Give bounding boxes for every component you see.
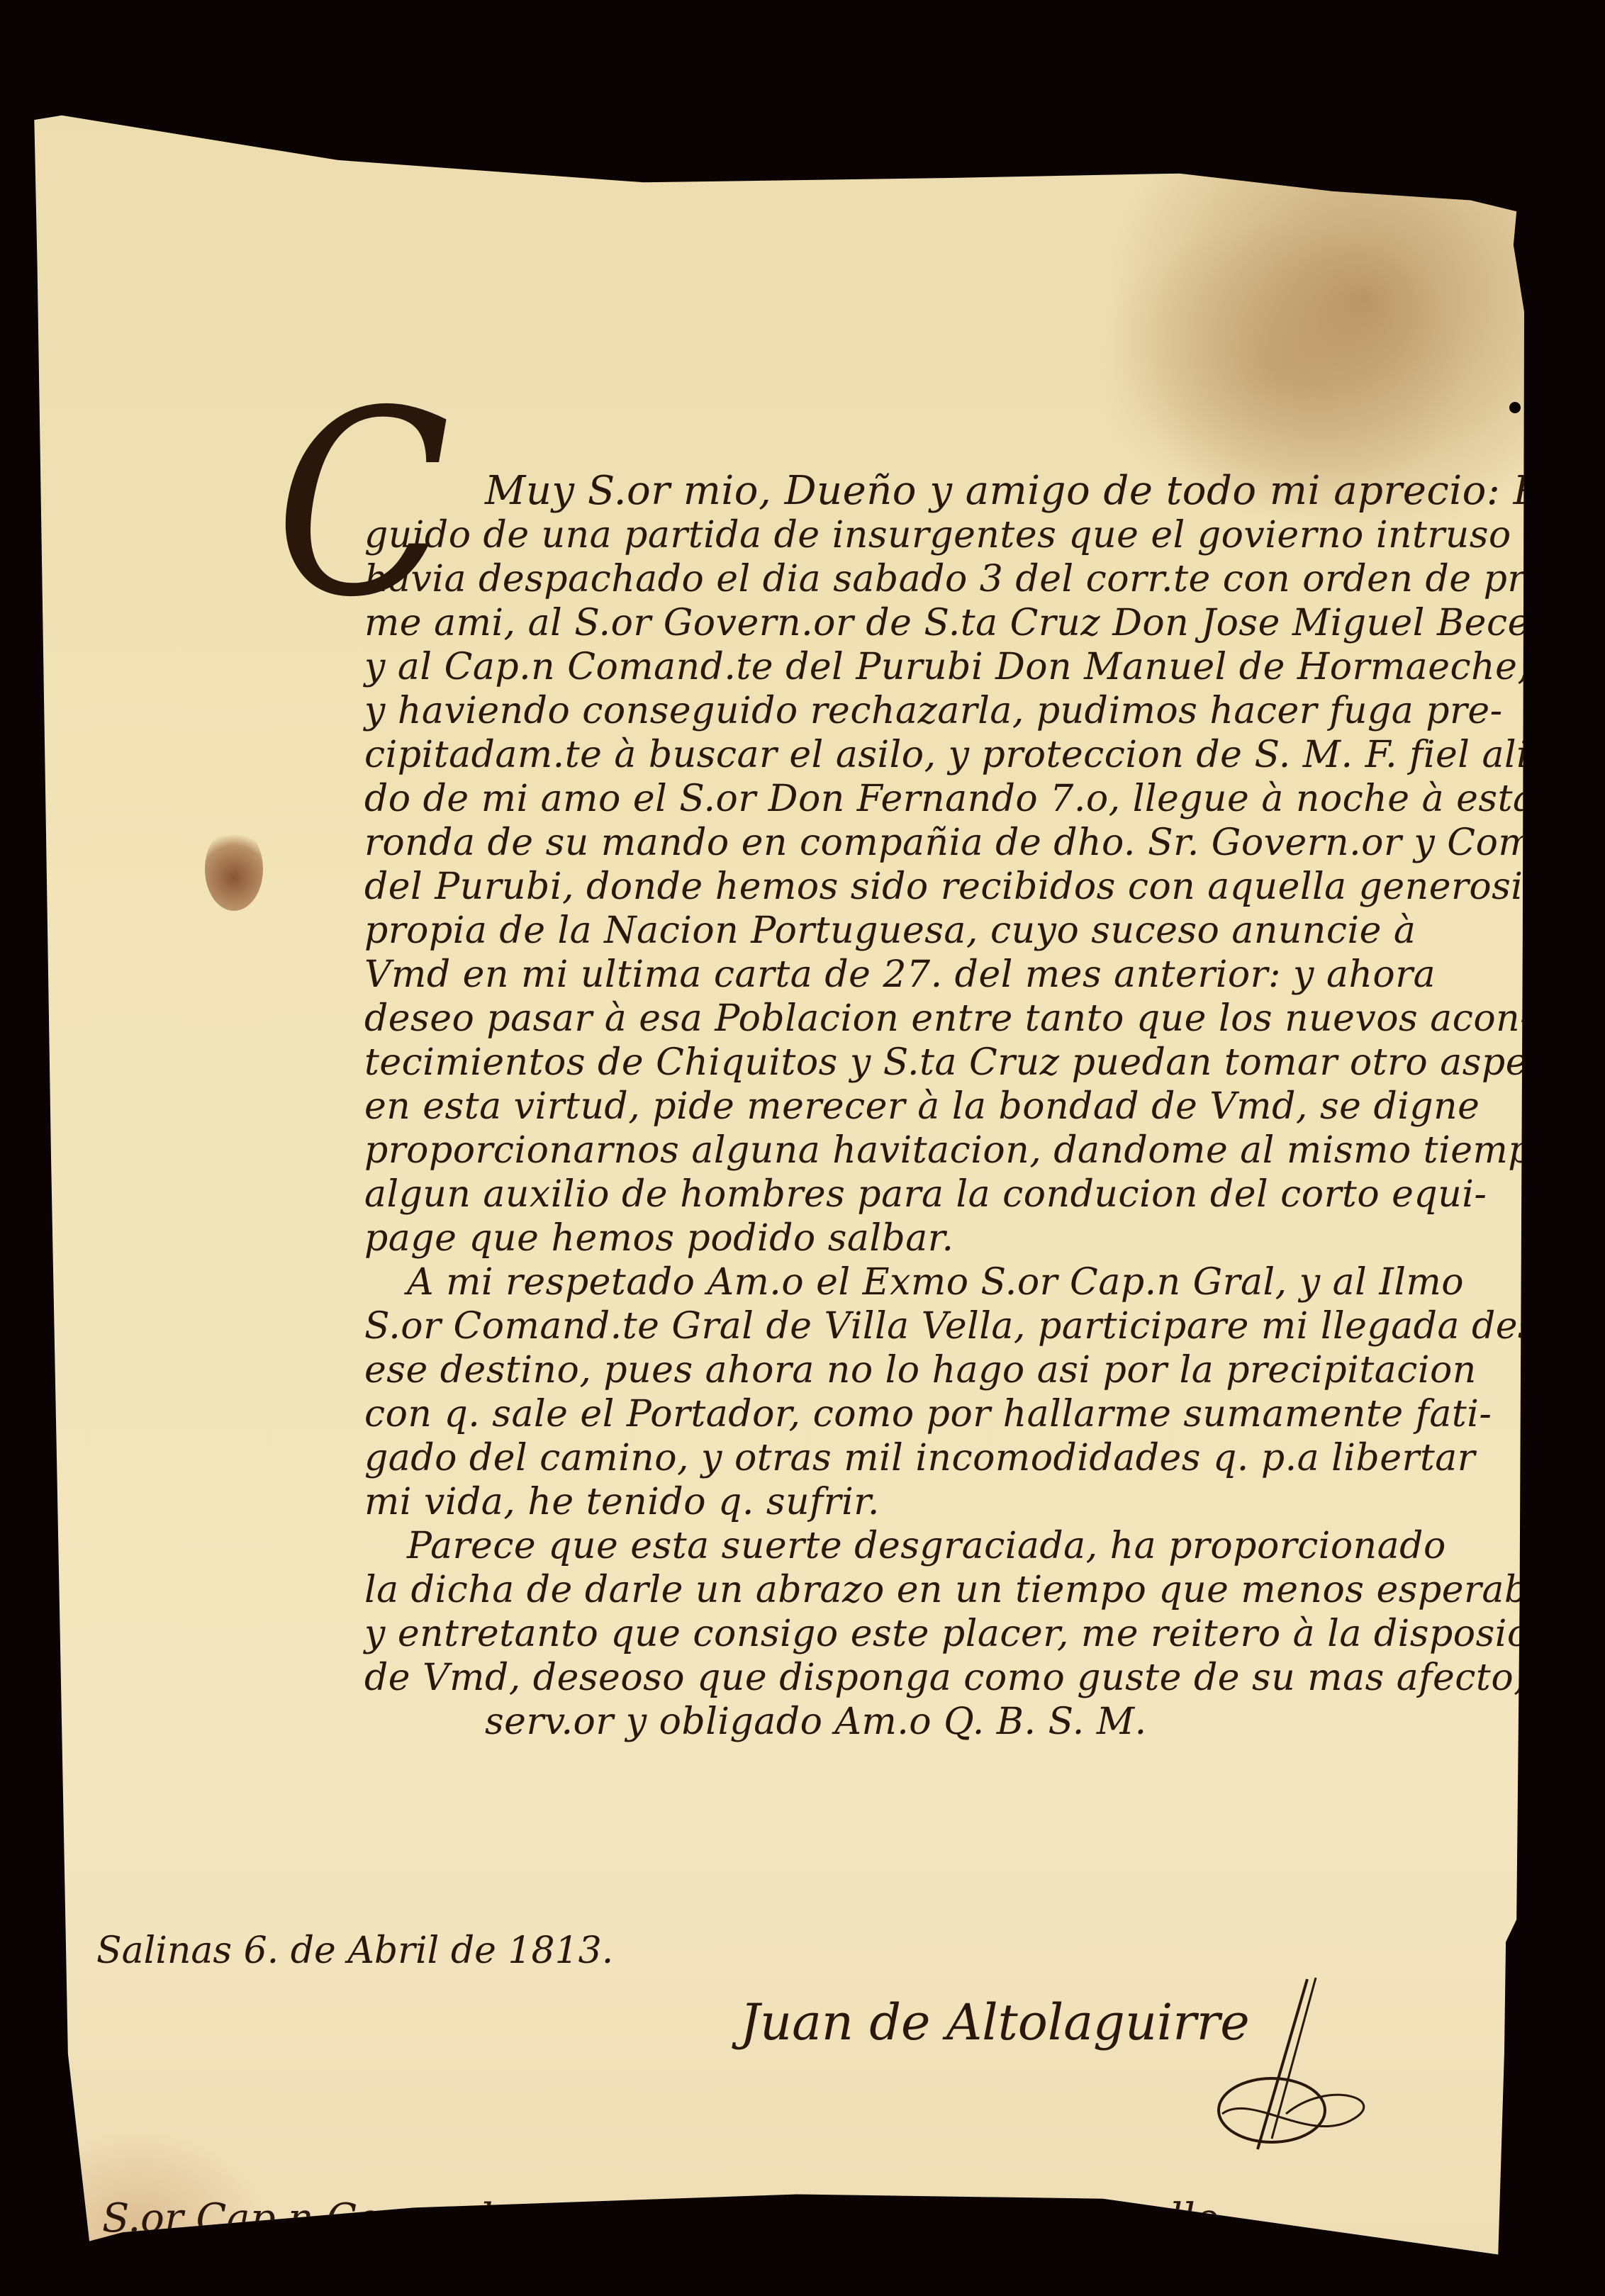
body-line: del Purubi, donde hemos sido recibidos c… — [364, 865, 1584, 909]
addressee-line: S.or Cap.n Comand.te Don Favian Jose de … — [102, 2195, 1231, 2241]
body-line: page que hemos podido salbar. — [364, 1216, 1584, 1260]
body-line: gado del camino, y otras mil incomodidad… — [364, 1436, 1584, 1480]
body-line: y haviendo conseguido rechazarla, pudimo… — [364, 689, 1584, 733]
manuscript-page: C Muy S.or mio, Dueño y amigo de todo mi… — [31, 44, 1562, 2277]
body-line: cipitadam.te à buscar el asilo, y protec… — [364, 733, 1584, 777]
body-line: algun auxilio de hombres para la conduci… — [364, 1172, 1584, 1216]
body-line: y al Cap.n Comand.te del Purubi Don Manu… — [364, 645, 1584, 689]
ink-blot-stain — [205, 827, 263, 911]
body-line: Parece que esta suerte desgraciada, ha p… — [364, 1524, 1584, 1568]
body-line: deseo pasar à esa Poblacion entre tanto … — [364, 997, 1584, 1041]
body-line: ese destino, pues ahora no lo hago asi p… — [364, 1348, 1584, 1392]
body-line: tecimientos de Chiquitos y S.ta Cruz pue… — [364, 1041, 1584, 1085]
place-and-date: Salinas 6. de Abril de 1813. — [96, 1930, 613, 1972]
body-line: Muy S.or mio, Dueño y amigo de todo mi a… — [364, 469, 1584, 513]
body-line: havia despachado el dia sabado 3 del cor… — [364, 557, 1584, 601]
body-line: guido de una partida de insurgentes que … — [364, 513, 1584, 557]
body-line: me ami, al S.or Govern.or de S.ta Cruz D… — [364, 601, 1584, 645]
body-line: con q. sale el Portador, como por hallar… — [364, 1392, 1584, 1436]
body-line: en esta virtud, pide merecer à la bondad… — [364, 1085, 1584, 1129]
body-line: propia de la Nacion Portuguesa, cuyo suc… — [364, 909, 1584, 953]
body-line: serv.or y obligado Am.o Q. B. S. M. — [364, 1700, 1584, 1744]
body-line: Vmd en mi ultima carta de 27. del mes an… — [364, 953, 1584, 997]
margin-mark — [1541, 2042, 1577, 2070]
signature-rubric-flourish — [1095, 1972, 1421, 2156]
body-line: y entretanto que consigo este placer, me… — [364, 1612, 1584, 1656]
body-line: proporcionarnos alguna havitacion, dando… — [364, 1129, 1584, 1172]
paper-wormhole — [1509, 402, 1521, 413]
body-line: de Vmd, deseoso que disponga como guste … — [364, 1656, 1584, 1700]
body-line: S.or Comand.te Gral de Villa Vella, part… — [364, 1304, 1584, 1348]
body-line: A mi respetado Am.o el Exmo S.or Cap.n G… — [364, 1260, 1584, 1304]
body-line: ronda de su mando en compañia de dho. Sr… — [364, 821, 1584, 865]
body-line: mi vida, he tenido q. sufrir. — [364, 1480, 1584, 1524]
body-line: do de mi amo el S.or Don Fernando 7.o, l… — [364, 777, 1584, 821]
letter-body: Muy S.or mio, Dueño y amigo de todo mi a… — [364, 469, 1584, 1744]
body-line: la dicha de darle un abrazo en un tiempo… — [364, 1568, 1584, 1612]
